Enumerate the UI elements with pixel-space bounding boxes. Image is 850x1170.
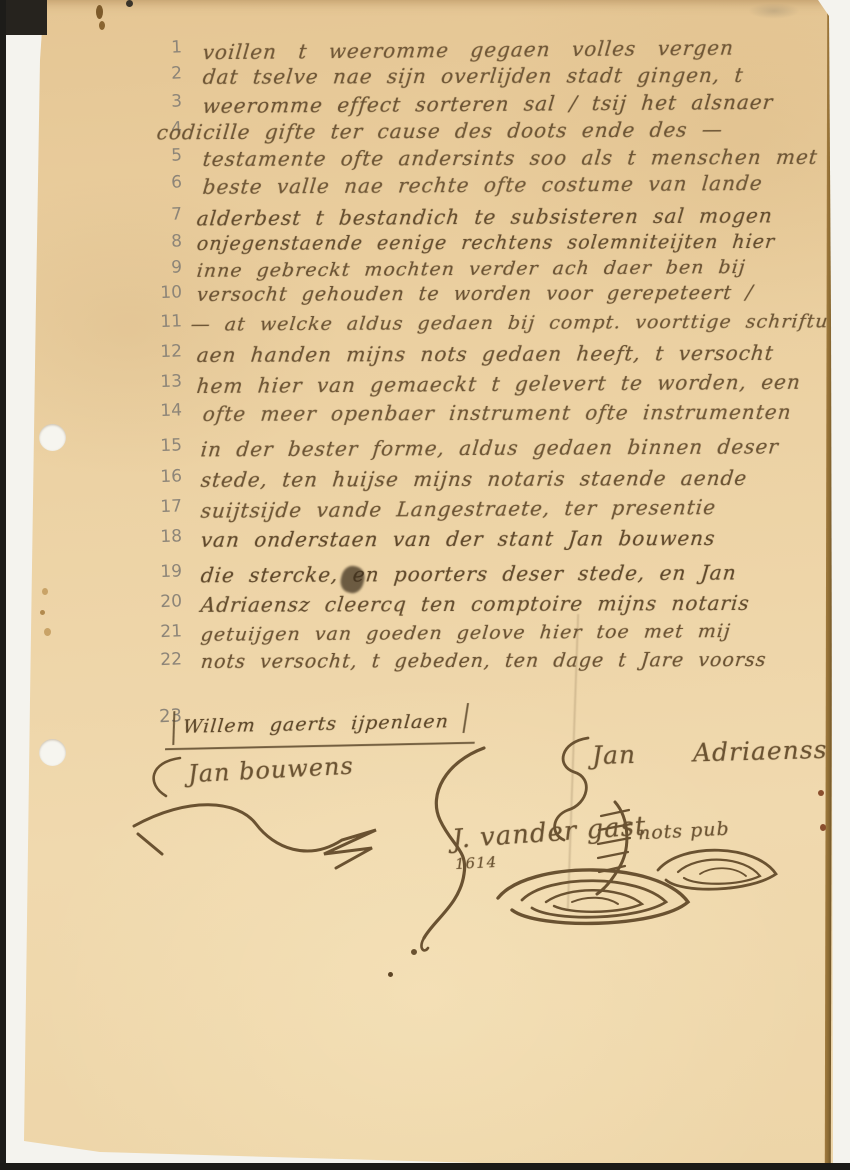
line-number: 2 — [148, 63, 183, 84]
line-text: stede, ten huijse mijns notaris staende … — [200, 466, 749, 492]
manuscript-line: 5 testamente ofte andersints soo als t m… — [148, 146, 818, 170]
line-text: versocht gehouden te worden voor gerepet… — [196, 282, 755, 306]
manuscript-line: 19 die stercke, en poorters deser stede,… — [148, 562, 737, 586]
paper-flaw — [42, 588, 48, 595]
line-text: in der bester forme, aldus gedaen binnen… — [200, 434, 781, 461]
ink-spot — [99, 21, 105, 30]
paper-flaw — [818, 790, 824, 796]
line-number: 5 — [148, 145, 183, 166]
paper-flaw — [820, 824, 826, 831]
line-number: 15 — [148, 435, 183, 456]
manuscript-line: 20 Adriaensz cleercq ten comptoire mijns… — [148, 592, 750, 616]
paper-flaw — [388, 972, 393, 977]
line-text: ofte meer openbaer instrument ofte instr… — [202, 400, 793, 426]
pencil-smudge — [748, 3, 800, 19]
line-number: 3 — [148, 91, 183, 112]
line-text: alderbest t bestandich te subsisteren sa… — [196, 203, 774, 230]
line-number: 19 — [148, 561, 183, 582]
manuscript-line: 14 ofte meer openbaer instrument ofte in… — [148, 401, 792, 425]
line-text: testamente ofte andersints soo als t men… — [202, 145, 820, 171]
line-text: nots versocht, t gebeden, ten dage t Jar… — [200, 649, 768, 673]
line-number: 21 — [148, 621, 183, 642]
scanned-document: 1 voillen t weeromme gegaen volles verge… — [0, 0, 850, 1170]
manuscript-line: 4 codicille gifte ter cause des doots en… — [148, 119, 723, 143]
line-text: weeromme effect sorteren sal / tsij het … — [202, 90, 775, 118]
line-number: 8 — [148, 231, 183, 252]
line-number: 20 — [148, 591, 183, 612]
punch-hole — [39, 739, 66, 766]
line-text: die stercke, en poorters deser stede, en… — [200, 561, 738, 588]
scan-corner-shadow — [0, 0, 47, 35]
signature-witness-left: Jan bouwens — [187, 752, 354, 789]
line-text: suijtsijde vande Langestraete, ter prese… — [200, 495, 718, 523]
line-number: 17 — [148, 496, 183, 517]
manuscript-page: 1 voillen t weeromme gegaen volles verge… — [0, 0, 850, 1170]
line-text: hem hier van gemaeckt t gelevert te word… — [196, 370, 802, 398]
line-text: codicille gifte ter cause des doots ende… — [156, 118, 725, 145]
manuscript-line: 1 voillen t weeromme gegaen volles verge… — [148, 38, 734, 62]
punch-hole — [39, 424, 66, 451]
manuscript-line: 8 onjegenstaende eenige rechtens solemni… — [148, 232, 775, 254]
manuscript-line: 6 beste valle nae rechte ofte costume va… — [148, 173, 763, 197]
manuscript-line: 9 inne gebreckt mochten verder ach daer … — [148, 258, 746, 280]
line-text: getuijgen van goeden gelove hier toe met… — [200, 620, 732, 646]
manuscript-line: 10 versocht gehouden te worden voor gere… — [148, 283, 753, 305]
line-number: 16 — [148, 466, 183, 487]
manuscript-line: 15 in der bester forme, aldus gedaen bin… — [148, 436, 779, 460]
line-text: beste valle nae rechte ofte costume van … — [202, 171, 764, 199]
ink-spot — [126, 0, 133, 7]
manuscript-line: 11 — at welcke aldus gedaen bij compt. v… — [148, 312, 829, 334]
manuscript-line: 21 getuijgen van goeden gelove hier toe … — [148, 622, 731, 644]
line-text: inne gebreckt mochten verder ach daer be… — [196, 256, 747, 282]
paper-flaw — [40, 610, 45, 615]
line-text: onjegenstaende eenige rechtens solemnite… — [196, 231, 776, 255]
manuscript-line: 16 stede, ten huijse mijns notaris staen… — [148, 467, 747, 491]
line-number: 7 — [148, 204, 183, 225]
scan-edge-left — [0, 0, 6, 1170]
manuscript-line: 2 dat tselve nae sijn overlijden stadt g… — [148, 64, 744, 88]
scan-edge-bottom — [0, 1163, 850, 1170]
line-number: 13 — [148, 371, 183, 392]
line-text: — at welcke aldus gedaen bij compt. voor… — [190, 310, 830, 335]
line-text: Adriaensz cleercq ten comptoire mijns no… — [200, 591, 751, 617]
line-text: dat tselve nae sijn overlijden stadt gin… — [202, 63, 745, 89]
manuscript-line: 23 Willem gaerts ijpenlaen — [148, 706, 477, 747]
line-number: 22 — [148, 649, 183, 670]
line-number: 10 — [148, 282, 183, 303]
line-text: voillen t weeromme gegaen volles vergen — [202, 36, 736, 65]
paper-edge — [825, 0, 833, 1163]
manuscript-line: 22 nots versocht, t gebeden, ten dage t … — [148, 650, 767, 672]
paraph-zigzag-icon — [128, 790, 418, 885]
manuscript-line: 13 hem hier van gemaeckt t gelevert te w… — [148, 372, 801, 396]
line-number: 11 — [148, 311, 183, 332]
line-number: 12 — [148, 341, 183, 362]
manuscript-line: 18 van onderstaen van der stant Jan bouw… — [148, 527, 716, 551]
manuscript-line: 12 aen handen mijns nots gedaen heeft, t… — [148, 342, 774, 366]
line-text: aen handen mijns nots gedaen heeft, t ve… — [196, 341, 776, 367]
manuscript-line: 17 suijtsijde vande Langestraete, ter pr… — [148, 497, 716, 521]
line-number: 9 — [148, 257, 183, 278]
line-number: 1 — [148, 37, 183, 58]
paper-flaw — [44, 628, 51, 636]
line-number: 14 — [148, 400, 183, 421]
signature-witness-right: Jan Adriaenss — [592, 735, 828, 770]
manuscript-line: 3 weeromme effect sorteren sal / tsij he… — [148, 92, 773, 116]
line-number: 6 — [148, 172, 183, 193]
notary-shell-flourish-small-icon — [652, 840, 782, 895]
ink-spot — [96, 5, 103, 19]
line-text: van onderstaen van der stant Jan bouwens — [200, 526, 717, 552]
line-number: 18 — [148, 526, 183, 547]
manuscript-line: 7 alderbest t bestandich te subsisteren … — [148, 205, 773, 229]
